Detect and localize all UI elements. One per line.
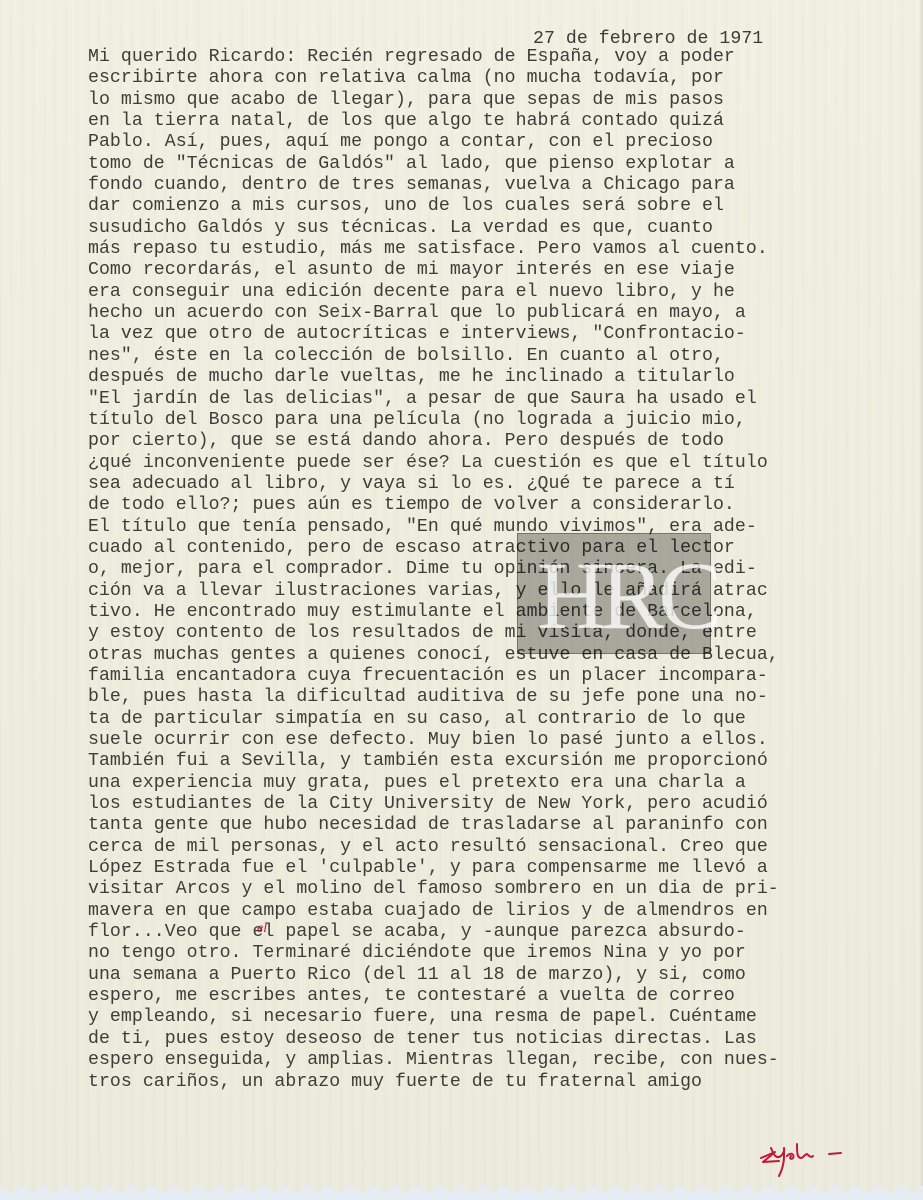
- letter-line: escribirte ahora con relativa calma (no …: [88, 68, 779, 89]
- letter-line: familia encantadora cuya frecuentación e…: [88, 666, 779, 687]
- letter-line: López Estrada fue el 'culpable', y para …: [88, 858, 779, 879]
- letter-line: nes", éste en la colección de bolsillo. …: [88, 346, 779, 367]
- signature-icon: [757, 1142, 897, 1182]
- letter-line: "El jardín de las delicias", a pesar de …: [88, 389, 779, 410]
- letter-line: y empleando, si necesario fuere, una res…: [88, 1007, 779, 1028]
- letter-line: hecho un acuerdo con Seix-Barral que lo …: [88, 303, 779, 324]
- letter-line: después de mucho darle vueltas, me he in…: [88, 367, 779, 388]
- letter-line: una semana a Puerto Rico (del 11 al 18 d…: [88, 965, 779, 986]
- letter-line: ta de particular simpatía en su caso, al…: [88, 709, 779, 730]
- letter-line: en la tierra natal, de los que algo te h…: [88, 111, 779, 132]
- letter-line: tanta gente que hubo necesidad de trasla…: [88, 815, 779, 836]
- letter-line: lo mismo que acabo de llegar), para que …: [88, 90, 779, 111]
- letter-page: 27 de febrero de 1971 Mi querido Ricardo…: [0, 0, 923, 1192]
- handwritten-correction: el: [257, 921, 267, 937]
- letter-line: era conseguir una edición decente para e…: [88, 282, 779, 303]
- letter-line: los estudiantes de la City University de…: [88, 794, 779, 815]
- letter-line: de ti, pues estoy deseoso de tener tus n…: [88, 1029, 779, 1050]
- paper-edge: [919, 0, 923, 1192]
- letter-line: suele ocurrir con ese defecto. Muy bien …: [88, 730, 779, 751]
- watermark-logo: HRC: [537, 548, 716, 644]
- letter-line: cerca de mil personas, y el acto resultó…: [88, 837, 779, 858]
- letter-line: ble, pues hasta la dificultad auditiva d…: [88, 687, 779, 708]
- letter-line: espero enseguida, y amplias. Mientras ll…: [88, 1050, 779, 1071]
- letter-date: 27 de febrero de 1971: [533, 29, 763, 49]
- letter-line: ¿qué inconveniente puede ser ése? La cue…: [88, 453, 779, 474]
- letter-line: susudicho Galdós y sus técnicas. La verd…: [88, 218, 779, 239]
- letter-line: la vez que otro de autocríticas e interv…: [88, 324, 779, 345]
- letter-line: visitar Arcos y el molino del famoso som…: [88, 879, 779, 900]
- letter-line: Pablo. Así, pues, aquí me pongo a contar…: [88, 132, 779, 153]
- letter-line: de todo ello?; pues aún es tiempo de vol…: [88, 495, 779, 516]
- letter-line: Como recordarás, el asunto de mi mayor i…: [88, 260, 779, 281]
- letter-line: no tengo otro. Terminaré diciéndote que …: [88, 943, 779, 964]
- letter-line: Mi querido Ricardo: Recién regresado de …: [88, 47, 779, 68]
- letter-line: espero, me escribes antes, te contestaré…: [88, 986, 779, 1007]
- signature: [757, 1142, 897, 1182]
- letter-line: tomo de "Técnicas de Galdós" al lado, qu…: [88, 154, 779, 175]
- letter-line: fondo cuando, dentro de tres semanas, vu…: [88, 175, 779, 196]
- letter-line: flor...Veo que el papel se acaba, y -aun…: [88, 922, 779, 943]
- letter-line: una experiencia muy grata, pues el prete…: [88, 773, 779, 794]
- letter-line: título del Bosco para una película (no l…: [88, 410, 779, 431]
- letter-line: dar comienzo a mis cursos, uno de los cu…: [88, 196, 779, 217]
- letter-line: mavera en que campo estaba cuajado de li…: [88, 901, 779, 922]
- letter-line: tros cariños, un abrazo muy fuerte de tu…: [88, 1072, 779, 1093]
- letter-line: También fui a Sevilla, y también esta ex…: [88, 751, 779, 772]
- letter-line: más repaso tu estudio, más me satisface.…: [88, 239, 779, 260]
- letter-line: sea adecuado al libro, y vaya si lo es. …: [88, 474, 779, 495]
- letter-line: por cierto), que se está dando ahora. Pe…: [88, 431, 779, 452]
